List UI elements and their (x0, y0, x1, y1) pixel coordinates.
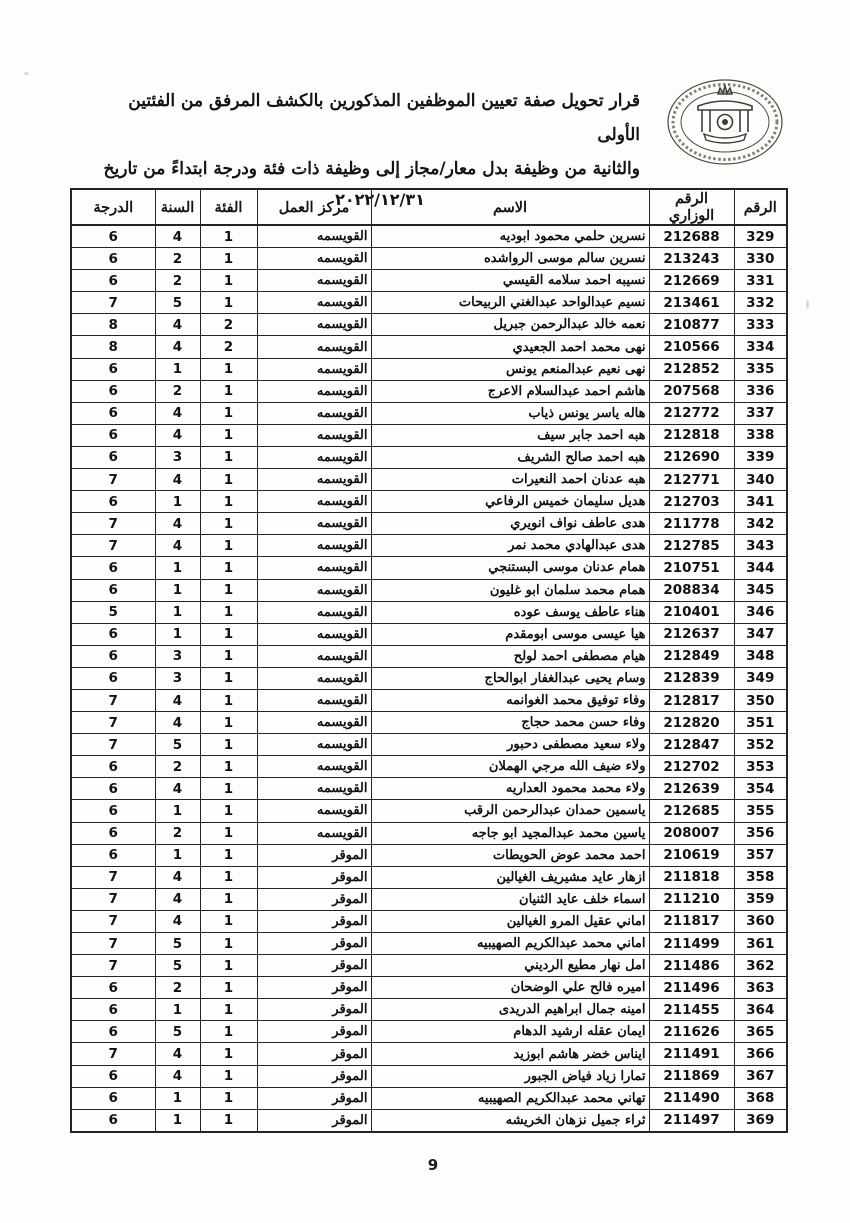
cell-work-center: القويسمه (257, 645, 371, 667)
cell-ministry-number: 212639 (649, 778, 734, 800)
cell-year: 4 (155, 336, 200, 358)
table-header: الرقم الرقم الوزاري الاسم مركز العمل الف… (71, 189, 787, 225)
cell-year: 4 (155, 402, 200, 424)
cell-work-center: القويسمه (257, 513, 371, 535)
table-row: 354 212639 ولاء محمد محمود العداريه القو… (71, 778, 787, 800)
cell-grade: 7 (71, 933, 155, 955)
table-header-row: الرقم الرقم الوزاري الاسم مركز العمل الف… (71, 189, 787, 225)
cell-grade: 6 (71, 1065, 155, 1087)
cell-year: 1 (155, 491, 200, 513)
cell-grade: 6 (71, 248, 155, 270)
cell-ministry-number: 207568 (649, 380, 734, 402)
cell-work-center: القويسمه (257, 292, 371, 314)
table-row: 348 212849 هيام مصطفى احمد لولح القويسمه… (71, 645, 787, 667)
cell-category: 1 (200, 402, 257, 424)
cell-work-center: القويسمه (257, 225, 371, 248)
cell-year: 4 (155, 314, 200, 336)
cell-name: تهاني محمد عبدالكريم الصهيبيه (371, 1087, 649, 1109)
table-row: 342 211778 هدى عاطف نواف انويري القويسمه… (71, 513, 787, 535)
table-row: 338 212818 هبه احمد جابر سيف القويسمه 1 … (71, 424, 787, 446)
cell-work-center: القويسمه (257, 778, 371, 800)
cell-year: 1 (155, 623, 200, 645)
cell-category: 1 (200, 712, 257, 734)
table-row: 357 210619 احمد محمد عوض الحويطات الموقر… (71, 844, 787, 866)
cell-work-center: الموقر (257, 977, 371, 999)
cell-serial: 364 (734, 999, 787, 1021)
cell-year: 1 (155, 800, 200, 822)
cell-ministry-number: 212847 (649, 734, 734, 756)
cell-ministry-number: 212637 (649, 623, 734, 645)
cell-ministry-number: 212817 (649, 689, 734, 711)
cell-category: 1 (200, 1021, 257, 1043)
cell-name: همام محمد سلمان ابو غليون (371, 579, 649, 601)
cell-name: وسام يحيى عبدالغفار ابوالحاج (371, 667, 649, 689)
cell-ministry-number: 212820 (649, 712, 734, 734)
cell-work-center: الموقر (257, 1021, 371, 1043)
cell-category: 1 (200, 1043, 257, 1065)
col-header-grade: الدرجة (71, 189, 155, 225)
cell-year: 4 (155, 778, 200, 800)
cell-category: 1 (200, 689, 257, 711)
cell-ministry-number: 210751 (649, 557, 734, 579)
cell-year: 4 (155, 1043, 200, 1065)
cell-category: 1 (200, 1065, 257, 1087)
table-row: 344 210751 همام عدنان موسى البستنجي القو… (71, 557, 787, 579)
cell-year: 2 (155, 756, 200, 778)
cell-serial: 353 (734, 756, 787, 778)
cell-serial: 330 (734, 248, 787, 270)
cell-category: 1 (200, 888, 257, 910)
cell-ministry-number: 210566 (649, 336, 734, 358)
cell-year: 4 (155, 888, 200, 910)
cell-ministry-number: 212669 (649, 270, 734, 292)
cell-name: ايمان عقله ارشيد الدهام (371, 1021, 649, 1043)
table-row: 334 210566 نهى محمد احمد الجعيدي القويسم… (71, 336, 787, 358)
cell-serial: 357 (734, 844, 787, 866)
cell-category: 1 (200, 579, 257, 601)
cell-ministry-number: 211490 (649, 1087, 734, 1109)
cell-year: 1 (155, 358, 200, 380)
table-row: 368 211490 تهاني محمد عبدالكريم الصهيبيه… (71, 1087, 787, 1109)
cell-name: هدى عبدالهادي محمد نمر (371, 535, 649, 557)
cell-grade: 6 (71, 380, 155, 402)
cell-year: 1 (155, 557, 200, 579)
cell-serial: 338 (734, 424, 787, 446)
cell-name: نسرين سالم موسى الرواشده (371, 248, 649, 270)
cell-name: ازهار عايد مشيريف الغيالين (371, 866, 649, 888)
cell-grade: 7 (71, 910, 155, 932)
table-row: 349 212839 وسام يحيى عبدالغفار ابوالحاج … (71, 667, 787, 689)
cell-category: 1 (200, 380, 257, 402)
cell-category: 1 (200, 446, 257, 468)
table-row: 365 211626 ايمان عقله ارشيد الدهام الموق… (71, 1021, 787, 1043)
cell-year: 1 (155, 999, 200, 1021)
cell-year: 3 (155, 446, 200, 468)
cell-category: 1 (200, 667, 257, 689)
cell-work-center: القويسمه (257, 712, 371, 734)
cell-work-center: الموقر (257, 1109, 371, 1132)
cell-serial: 337 (734, 402, 787, 424)
table-row: 359 211210 اسماء خلف عايد الثنيان الموقر… (71, 888, 787, 910)
cell-work-center: القويسمه (257, 270, 371, 292)
cell-year: 4 (155, 712, 200, 734)
cell-work-center: الموقر (257, 999, 371, 1021)
cell-grade: 6 (71, 446, 155, 468)
cell-ministry-number: 211817 (649, 910, 734, 932)
cell-serial: 332 (734, 292, 787, 314)
table-row: 366 211491 ايناس خضر هاشم ابوزيد الموقر … (71, 1043, 787, 1065)
cell-name: هدى عاطف نواف انويري (371, 513, 649, 535)
cell-work-center: القويسمه (257, 623, 371, 645)
cell-ministry-number: 211496 (649, 977, 734, 999)
cell-name: اماني محمد عبدالكريم الصهيبيه (371, 933, 649, 955)
cell-year: 4 (155, 866, 200, 888)
cell-category: 1 (200, 358, 257, 380)
cell-name: ولاء محمد محمود العداريه (371, 778, 649, 800)
cell-year: 5 (155, 734, 200, 756)
cell-name: وفاء توفيق محمد الغوانمه (371, 689, 649, 711)
cell-category: 1 (200, 225, 257, 248)
cell-serial: 354 (734, 778, 787, 800)
scan-speck (806, 300, 809, 309)
cell-ministry-number: 211778 (649, 513, 734, 535)
cell-grade: 6 (71, 1087, 155, 1109)
cell-name: ولاء سعيد مصطفى دحبور (371, 734, 649, 756)
table-row: 337 212772 هاله ياسر يونس ذياب القويسمه … (71, 402, 787, 424)
cell-work-center: القويسمه (257, 402, 371, 424)
cell-name: نسيبه احمد سلامه القيسي (371, 270, 649, 292)
cell-ministry-number: 212690 (649, 446, 734, 468)
cell-serial: 365 (734, 1021, 787, 1043)
cell-work-center: الموقر (257, 844, 371, 866)
cell-serial: 368 (734, 1087, 787, 1109)
cell-grade: 6 (71, 667, 155, 689)
cell-ministry-number: 212688 (649, 225, 734, 248)
cell-category: 1 (200, 513, 257, 535)
cell-grade: 6 (71, 225, 155, 248)
cell-grade: 7 (71, 734, 155, 756)
cell-year: 4 (155, 1065, 200, 1087)
cell-category: 1 (200, 800, 257, 822)
cell-name: ياسمين حمدان عبدالرحمن الرقب (371, 800, 649, 822)
cell-grade: 8 (71, 314, 155, 336)
col-header-year: السنة (155, 189, 200, 225)
cell-grade: 5 (71, 601, 155, 623)
table-row: 331 212669 نسيبه احمد سلامه القيسي القوي… (71, 270, 787, 292)
cell-grade: 6 (71, 1021, 155, 1043)
cell-name: هيام مصطفى احمد لولح (371, 645, 649, 667)
cell-serial: 340 (734, 469, 787, 491)
cell-name: ايناس خضر هاشم ابوزيد (371, 1043, 649, 1065)
cell-category: 1 (200, 955, 257, 977)
cell-category: 1 (200, 601, 257, 623)
employee-roster-table: الرقم الرقم الوزاري الاسم مركز العمل الف… (70, 188, 788, 1133)
table-row: 360 211817 اماني عقيل المرو الغيالين الم… (71, 910, 787, 932)
cell-year: 4 (155, 469, 200, 491)
cell-ministry-number: 211497 (649, 1109, 734, 1132)
cell-name: نسيم عبدالواحد عبدالغني الربيحات (371, 292, 649, 314)
cell-ministry-number: 212771 (649, 469, 734, 491)
cell-category: 1 (200, 734, 257, 756)
cell-serial: 343 (734, 535, 787, 557)
table-row: 341 212703 هديل سليمان خميس الرفاعي القو… (71, 491, 787, 513)
cell-grade: 6 (71, 270, 155, 292)
cell-serial: 361 (734, 933, 787, 955)
cell-category: 1 (200, 557, 257, 579)
cell-category: 1 (200, 1109, 257, 1132)
cell-category: 1 (200, 844, 257, 866)
cell-ministry-number: 213243 (649, 248, 734, 270)
cell-work-center: القويسمه (257, 601, 371, 623)
cell-serial: 369 (734, 1109, 787, 1132)
cell-ministry-number: 208834 (649, 579, 734, 601)
table-row: 345 208834 همام محمد سلمان ابو غليون الق… (71, 579, 787, 601)
cell-serial: 355 (734, 800, 787, 822)
cell-grade: 6 (71, 402, 155, 424)
cell-year: 4 (155, 689, 200, 711)
cell-grade: 7 (71, 1043, 155, 1065)
table-row: 367 211869 تمارا زياد فياض الجبور الموقر… (71, 1065, 787, 1087)
table-row: 362 211486 امل نهار مطيع الرديني الموقر … (71, 955, 787, 977)
document-title-line-2: والثانية من وظيفة بدل معار/مجاز إلى وظيف… (80, 152, 640, 186)
cell-name: وفاء حسن محمد حجاج (371, 712, 649, 734)
cell-grade: 6 (71, 800, 155, 822)
table-row: 353 212702 ولاء ضيف الله مرجي الهملان ال… (71, 756, 787, 778)
table-body: 329 212688 نسرين حلمي محمود ابوديه القوي… (71, 225, 787, 1132)
cell-name: هديل سليمان خميس الرفاعي (371, 491, 649, 513)
cell-category: 1 (200, 645, 257, 667)
cell-category: 1 (200, 424, 257, 446)
table-row: 329 212688 نسرين حلمي محمود ابوديه القوي… (71, 225, 787, 248)
cell-ministry-number: 212818 (649, 424, 734, 446)
cell-grade: 6 (71, 358, 155, 380)
ministry-seal-icon (660, 74, 790, 170)
cell-work-center: القويسمه (257, 314, 371, 336)
table-row: 350 212817 وفاء توفيق محمد الغوانمه القو… (71, 689, 787, 711)
cell-category: 1 (200, 623, 257, 645)
cell-name: هبه عدنان احمد النعيرات (371, 469, 649, 491)
cell-serial: 350 (734, 689, 787, 711)
table-row: 356 208007 ياسين محمد عبدالمجيد ابو جاجه… (71, 822, 787, 844)
cell-ministry-number: 211818 (649, 866, 734, 888)
cell-work-center: القويسمه (257, 756, 371, 778)
cell-serial: 362 (734, 955, 787, 977)
cell-serial: 331 (734, 270, 787, 292)
cell-work-center: القويسمه (257, 557, 371, 579)
cell-serial: 358 (734, 866, 787, 888)
cell-category: 1 (200, 491, 257, 513)
cell-work-center: القويسمه (257, 336, 371, 358)
cell-category: 2 (200, 336, 257, 358)
cell-ministry-number: 208007 (649, 822, 734, 844)
cell-serial: 344 (734, 557, 787, 579)
cell-name: تمارا زياد فياض الجبور (371, 1065, 649, 1087)
cell-work-center: القويسمه (257, 469, 371, 491)
cell-work-center: الموقر (257, 1043, 371, 1065)
cell-work-center: القويسمه (257, 667, 371, 689)
table-row: 363 211496 اميره فالح علي الوضحان الموقر… (71, 977, 787, 999)
table-row: 364 211455 امينه جمال ابراهيم الدريدى ال… (71, 999, 787, 1021)
cell-work-center: القويسمه (257, 822, 371, 844)
cell-ministry-number: 212772 (649, 402, 734, 424)
cell-grade: 6 (71, 756, 155, 778)
cell-name: نسرين حلمي محمود ابوديه (371, 225, 649, 248)
cell-work-center: القويسمه (257, 446, 371, 468)
cell-ministry-number: 211499 (649, 933, 734, 955)
table-row: 346 210401 هناء عاطف يوسف عوده القويسمه … (71, 601, 787, 623)
cell-work-center: القويسمه (257, 579, 371, 601)
cell-ministry-number: 210619 (649, 844, 734, 866)
cell-serial: 367 (734, 1065, 787, 1087)
cell-name: اميره فالح علي الوضحان (371, 977, 649, 999)
cell-serial: 336 (734, 380, 787, 402)
cell-ministry-number: 212849 (649, 645, 734, 667)
cell-category: 1 (200, 535, 257, 557)
cell-year: 5 (155, 955, 200, 977)
cell-serial: 351 (734, 712, 787, 734)
cell-category: 1 (200, 248, 257, 270)
cell-name: هبه احمد جابر سيف (371, 424, 649, 446)
cell-work-center: القويسمه (257, 689, 371, 711)
cell-year: 2 (155, 248, 200, 270)
cell-ministry-number: 210401 (649, 601, 734, 623)
cell-grade: 7 (71, 888, 155, 910)
scan-speck (24, 72, 29, 75)
cell-work-center: الموقر (257, 955, 371, 977)
cell-name: امل نهار مطيع الرديني (371, 955, 649, 977)
table-row: 339 212690 هبه احمد صالح الشريف القويسمه… (71, 446, 787, 468)
cell-serial: 352 (734, 734, 787, 756)
table-row: 351 212820 وفاء حسن محمد حجاج القويسمه 1… (71, 712, 787, 734)
cell-ministry-number: 211486 (649, 955, 734, 977)
cell-ministry-number: 211869 (649, 1065, 734, 1087)
cell-grade: 7 (71, 689, 155, 711)
cell-name: ولاء ضيف الله مرجي الهملان (371, 756, 649, 778)
cell-year: 4 (155, 225, 200, 248)
cell-work-center: القويسمه (257, 491, 371, 513)
cell-serial: 356 (734, 822, 787, 844)
cell-ministry-number: 212703 (649, 491, 734, 513)
cell-name: نهى محمد احمد الجعيدي (371, 336, 649, 358)
table-row: 358 211818 ازهار عايد مشيريف الغيالين ال… (71, 866, 787, 888)
cell-name: اسماء خلف عايد الثنيان (371, 888, 649, 910)
cell-year: 1 (155, 601, 200, 623)
cell-ministry-number: 212852 (649, 358, 734, 380)
cell-grade: 6 (71, 491, 155, 513)
cell-grade: 7 (71, 535, 155, 557)
cell-grade: 6 (71, 579, 155, 601)
table-row: 340 212771 هبه عدنان احمد النعيرات القوي… (71, 469, 787, 491)
cell-work-center: الموقر (257, 888, 371, 910)
col-header-category: الفئة (200, 189, 257, 225)
cell-year: 1 (155, 579, 200, 601)
cell-category: 1 (200, 1087, 257, 1109)
cell-serial: 347 (734, 623, 787, 645)
cell-category: 1 (200, 866, 257, 888)
cell-serial: 349 (734, 667, 787, 689)
cell-grade: 7 (71, 866, 155, 888)
table-row: 347 212637 هيا عيسى موسى ابومقدم القويسم… (71, 623, 787, 645)
cell-ministry-number: 212702 (649, 756, 734, 778)
cell-year: 4 (155, 910, 200, 932)
cell-name: هاشم احمد عبدالسلام الاعرج (371, 380, 649, 402)
col-header-work-center: مركز العمل (257, 189, 371, 225)
cell-work-center: الموقر (257, 933, 371, 955)
cell-name: هيا عيسى موسى ابومقدم (371, 623, 649, 645)
cell-name: هبه احمد صالح الشريف (371, 446, 649, 468)
cell-year: 4 (155, 535, 200, 557)
cell-grade: 8 (71, 336, 155, 358)
cell-ministry-number: 211210 (649, 888, 734, 910)
cell-year: 5 (155, 292, 200, 314)
cell-grade: 6 (71, 822, 155, 844)
cell-work-center: القويسمه (257, 380, 371, 402)
cell-name: ثراء جميل نزهان الخريشه (371, 1109, 649, 1132)
cell-category: 1 (200, 933, 257, 955)
cell-work-center: القويسمه (257, 358, 371, 380)
cell-year: 5 (155, 933, 200, 955)
cell-serial: 333 (734, 314, 787, 336)
cell-serial: 345 (734, 579, 787, 601)
cell-year: 1 (155, 1087, 200, 1109)
cell-grade: 6 (71, 844, 155, 866)
cell-ministry-number: 212685 (649, 800, 734, 822)
cell-work-center: الموقر (257, 866, 371, 888)
cell-serial: 359 (734, 888, 787, 910)
cell-year: 1 (155, 1109, 200, 1132)
cell-grade: 6 (71, 424, 155, 446)
cell-year: 2 (155, 822, 200, 844)
cell-serial: 329 (734, 225, 787, 248)
cell-category: 1 (200, 977, 257, 999)
cell-work-center: الموقر (257, 1087, 371, 1109)
cell-grade: 6 (71, 623, 155, 645)
table-row: 333 210877 نعمه خالد عبدالرحمن جبريل الق… (71, 314, 787, 336)
cell-category: 1 (200, 270, 257, 292)
table-row: 332 213461 نسيم عبدالواحد عبدالغني الربي… (71, 292, 787, 314)
cell-name: احمد محمد عوض الحويطات (371, 844, 649, 866)
cell-grade: 6 (71, 1109, 155, 1132)
cell-year: 3 (155, 645, 200, 667)
cell-name: همام عدنان موسى البستنجي (371, 557, 649, 579)
cell-work-center: القويسمه (257, 734, 371, 756)
cell-name: هاله ياسر يونس ذياب (371, 402, 649, 424)
cell-grade: 7 (71, 292, 155, 314)
cell-serial: 348 (734, 645, 787, 667)
cell-serial: 346 (734, 601, 787, 623)
cell-work-center: القويسمه (257, 424, 371, 446)
cell-category: 1 (200, 756, 257, 778)
cell-grade: 6 (71, 977, 155, 999)
cell-ministry-number: 211491 (649, 1043, 734, 1065)
cell-grade: 6 (71, 645, 155, 667)
cell-grade: 7 (71, 513, 155, 535)
col-header-name: الاسم (371, 189, 649, 225)
cell-year: 4 (155, 424, 200, 446)
cell-year: 3 (155, 667, 200, 689)
cell-serial: 342 (734, 513, 787, 535)
table-row: 330 213243 نسرين سالم موسى الرواشده القو… (71, 248, 787, 270)
cell-category: 1 (200, 910, 257, 932)
cell-grade: 7 (71, 712, 155, 734)
col-header-serial: الرقم (734, 189, 787, 225)
cell-year: 4 (155, 513, 200, 535)
cell-category: 1 (200, 822, 257, 844)
cell-category: 1 (200, 778, 257, 800)
table-row: 352 212847 ولاء سعيد مصطفى دحبور القويسم… (71, 734, 787, 756)
table-row: 355 212685 ياسمين حمدان عبدالرحمن الرقب … (71, 800, 787, 822)
cell-serial: 366 (734, 1043, 787, 1065)
